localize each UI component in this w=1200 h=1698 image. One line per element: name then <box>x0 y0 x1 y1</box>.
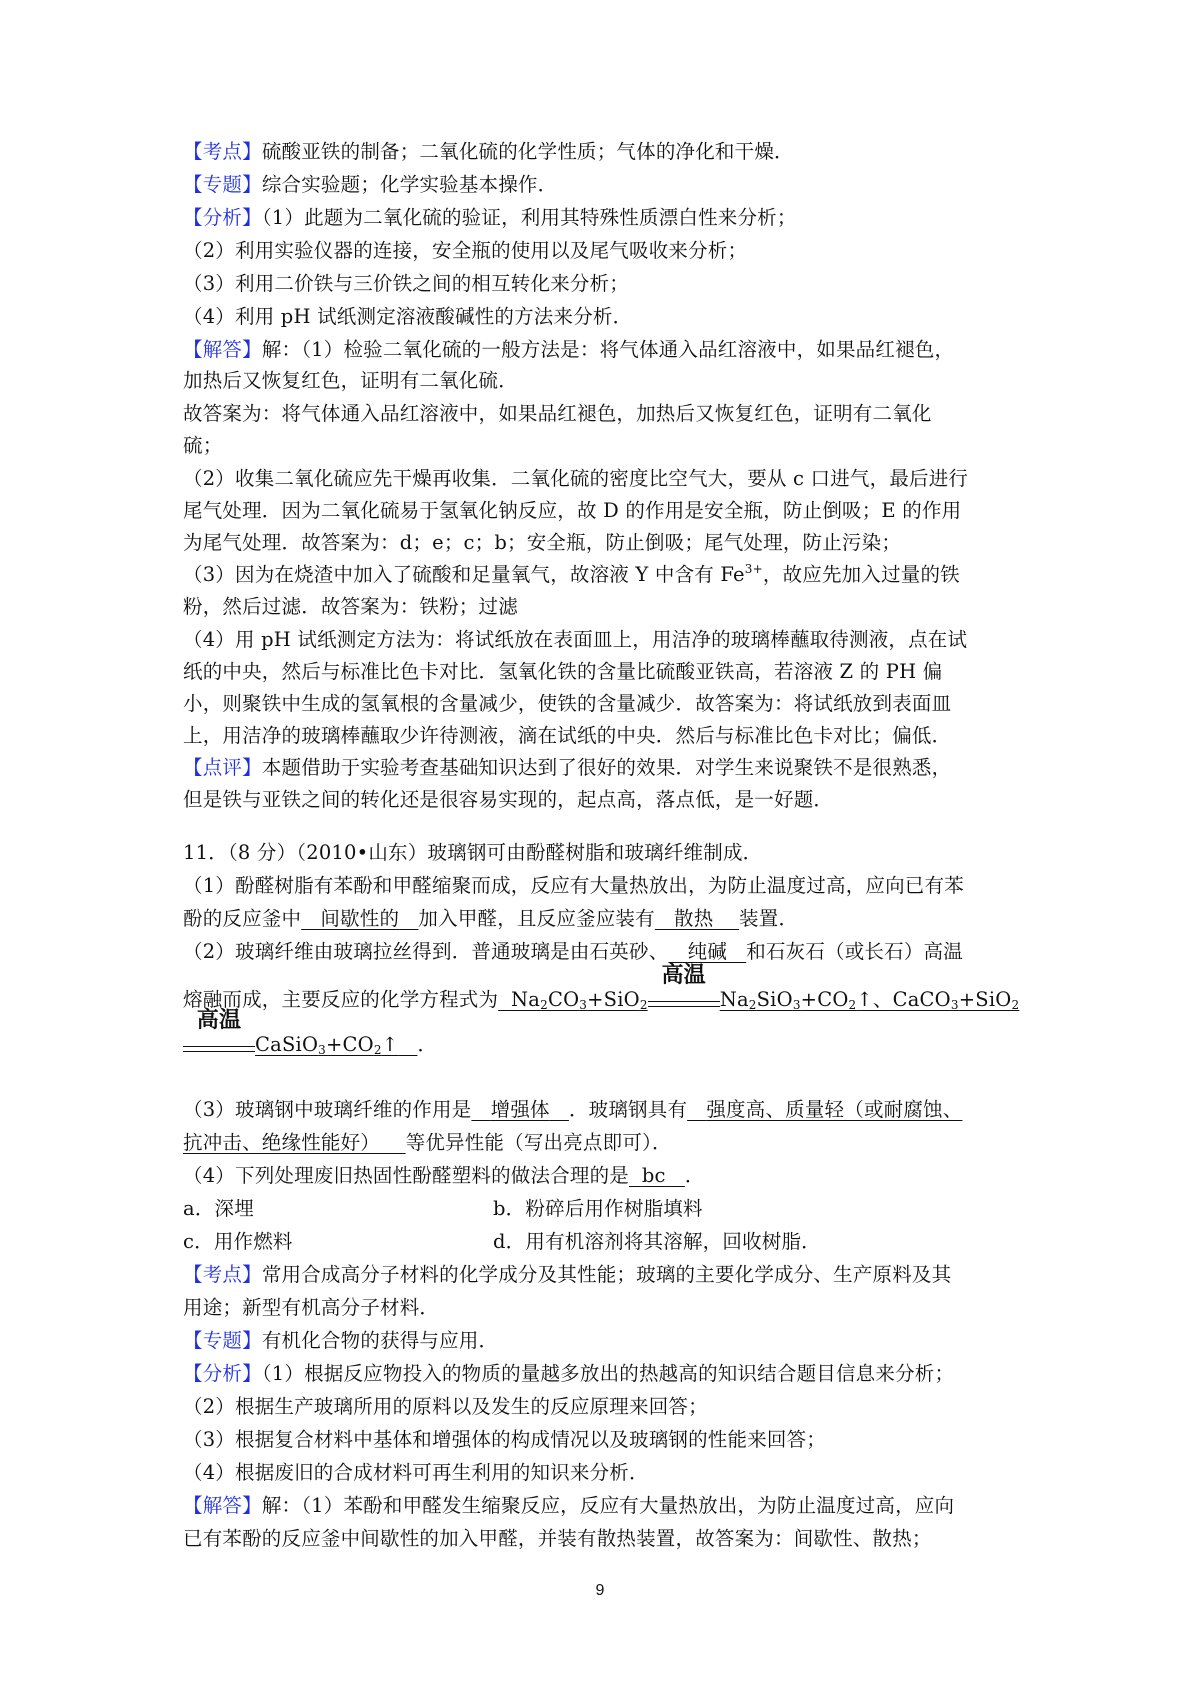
q11-options-row1: a．深埋b．粉碎后用作树脂填料 <box>183 1194 703 1224</box>
text: CO <box>548 988 579 1011</box>
q11-part1: （1）酚醛树脂有苯酚和甲醛缩聚而成，反应有大量热放出，为防止温度过高，应向已有苯 <box>183 871 964 901</box>
option-b: b．粉碎后用作树脂填料 <box>493 1197 703 1220</box>
answer-text: 纯碱 <box>688 940 727 963</box>
subscript: 3 <box>793 998 801 1012</box>
equation-1-right: Na2SiO3+CO2↑、CaCO3+SiO2 <box>720 988 1020 1011</box>
document-page: 【考点】硫酸亚铁的制备；二氧化硫的化学性质；气体的净化和干燥． 【专题】综合实验… <box>0 0 1200 1698</box>
q10-jieda: 【解答】解：（1）检验二氧化硫的一般方法是：将气体通入品红溶液中，如果品红褪色， <box>183 335 954 365</box>
q11-part2-line2: 熔融而成，主要反应的化学方程式为 Na2CO3+SiO2高温Na2SiO3+CO… <box>183 985 1019 1015</box>
q11-kaodian-line: 用途；新型有机高分子材料． <box>183 1293 439 1323</box>
answer-blank: bc <box>629 1164 685 1187</box>
q11-fenxi-line: （3）根据复合材料中基体和增强体的构成情况以及玻璃钢的性能来回答； <box>183 1425 826 1455</box>
jieda3-text-end: ，故应先加入过量的铁 <box>763 563 960 586</box>
q10-jieda-line: 上，用洁净的玻璃棒蘸取少许待测液，滴在试纸的中央．然后与标准比色卡对比；偏低． <box>183 721 951 751</box>
text: CaCO <box>893 988 951 1011</box>
option-c: c．用作燃料 <box>183 1227 493 1257</box>
fenxi-tag: 【分析】 <box>183 1362 262 1385</box>
q10-jieda-line: 尾气处理．因为二氧化硫易于氢氧化钠反应，故 D 的作用是安全瓶，防止倒吸；E 的… <box>183 496 961 526</box>
reaction-condition-arrow: 高温 <box>648 985 720 1015</box>
q10-kaodian: 【考点】硫酸亚铁的制备；二氧化硫的化学性质；气体的净化和干燥． <box>183 137 794 167</box>
text: ．玻璃钢具有 <box>569 1098 687 1121</box>
jieda-tag: 【解答】 <box>183 338 262 361</box>
zhuanti-tag: 【专题】 <box>183 1329 262 1352</box>
text: 等优异性能（写出亮点即可）． <box>406 1131 672 1154</box>
q11-part3-line2: 抗冲击、绝缘性能好） 等优异性能（写出亮点即可）． <box>183 1128 672 1158</box>
kaodian-text: 硫酸亚铁的制备；二氧化硫的化学性质；气体的净化和干燥． <box>262 140 794 163</box>
zhuanti-text: 综合实验题；化学实验基本操作． <box>262 173 558 196</box>
text: （2）玻璃纤维由玻璃拉丝得到．普通玻璃是由石英砂、 <box>183 940 668 963</box>
text: ． <box>417 1033 437 1056</box>
q11-jieda: 【解答】解：（1）苯酚和甲醛发生缩聚反应，反应有大量热放出，为防止温度过高，应向 <box>183 1491 954 1521</box>
answer-blank: 纯碱 <box>668 940 746 963</box>
kaodian-tag: 【考点】 <box>183 1263 262 1286</box>
subscript: 3 <box>318 1043 326 1057</box>
q10-jieda-line: 加热后又恢复红色，证明有二氧化硫． <box>183 366 518 396</box>
q11-options-row2: c．用作燃料d．用有机溶剂将其溶解，回收树脂． <box>183 1227 821 1257</box>
q10-jieda-line: （4）用 pH 试纸测定方法为：将试纸放在表面皿上，用洁净的玻璃棒蘸取待测液，点… <box>183 625 967 655</box>
equation-1-left: Na2CO3+SiO2 <box>498 988 647 1011</box>
q10-jieda-line: 硫； <box>183 431 222 461</box>
text: ↑、 <box>856 988 892 1011</box>
q10-jieda-line-3: （3）因为在烧渣中加入了硫酸和足量氧气，故溶液 Y 中含有 Fe3+，故应先加入… <box>183 560 960 590</box>
double-line-icon <box>648 1001 720 1007</box>
text: ． <box>685 1164 705 1187</box>
text: ↑ <box>382 1033 399 1056</box>
option-a: a．深埋 <box>183 1194 493 1224</box>
q11-kaodian: 【考点】常用合成高分子材料的化学成分及其性能；玻璃的主要化学成分、生产原料及其 <box>183 1260 951 1290</box>
q11-fenxi-line: （4）根据废旧的合成材料可再生利用的知识来分析． <box>183 1458 649 1488</box>
q10-zhuanti: 【专题】综合实验题；化学实验基本操作． <box>183 170 557 200</box>
q11-part4: （4）下列处理废旧热固性酚醛塑料的做法合理的是 bc ． <box>183 1161 705 1191</box>
reaction-condition-arrow: 高温 <box>183 1030 255 1060</box>
option-d: d．用有机溶剂将其溶解，回收树脂． <box>493 1230 821 1253</box>
text: +SiO <box>959 988 1012 1011</box>
q10-dianping: 【点评】本题借助于实验考查基础知识达到了很好的效果．对学生来说聚铁不是很熟悉， <box>183 753 951 783</box>
q11-part3-line1: （3）玻璃钢中玻璃纤维的作用是 增强体 ．玻璃钢具有 强度高、质量轻（或耐腐蚀、 <box>183 1095 962 1125</box>
q10-jieda-line: 为尾气处理．故答案为：d；e；c；b；安全瓶，防止倒吸；尾气处理，防止污染； <box>183 528 901 558</box>
q11-fenxi-line: （2）根据生产玻璃所用的原料以及发生的反应原理来回答； <box>183 1392 708 1422</box>
answer-text: 抗冲击、绝缘性能好） <box>183 1131 380 1154</box>
q11-part2-line1: （2）玻璃纤维由玻璃拉丝得到．普通玻璃是由石英砂、 纯碱 和石灰石（或长石）高温 <box>183 937 963 967</box>
q10-dianping-line: 但是铁与亚铁之间的转化还是很容易实现的，起点高，落点低，是一好题． <box>183 785 833 815</box>
subscript: 2 <box>749 998 757 1012</box>
q11-fenxi: 【分析】（1）根据反应物投入的物质的量越多放出的热越高的知识结合题目信息来分析； <box>183 1359 954 1389</box>
q10-jieda-line: 故答案为：将气体通入品红溶液中，如果品红褪色，加热后又恢复红色，证明有二氧化 <box>183 399 932 429</box>
answer-blank: 增强体 <box>471 1098 569 1121</box>
subscript: 2 <box>1011 998 1019 1012</box>
q10-fenxi: 【分析】（1）此题为二氧化硫的验证，利用其特殊性质漂白性来分析； <box>183 203 797 233</box>
kaodian-text: 常用合成高分子材料的化学成分及其性能；玻璃的主要化学成分、生产原料及其 <box>262 1263 952 1286</box>
zhuanti-tag: 【专题】 <box>183 173 262 196</box>
subscript: 3 <box>579 998 587 1012</box>
text: （4）下列处理废旧热固性酚醛塑料的做法合理的是 <box>183 1164 629 1187</box>
answer-text: 间歇性的 <box>320 907 399 930</box>
jieda-tag: 【解答】 <box>183 1494 262 1517</box>
answer-blank: 强度高、质量轻（或耐腐蚀、 <box>687 1098 962 1121</box>
q11-jieda-line: 已有苯酚的反应釜中间歇性的加入甲醛，并装有散热装置，故答案为：间歇性、散热； <box>183 1524 932 1554</box>
subscript: 2 <box>640 998 648 1012</box>
page-number: 9 <box>0 1582 1200 1600</box>
dianping-text: 本题借助于实验考查基础知识达到了很好的效果．对学生来说聚铁不是很熟悉， <box>262 756 952 779</box>
q10-jieda-line: 小，则聚铁中生成的氢氧根的含量减少，使铁的含量减少．故答案为：将试纸放到表面皿 <box>183 689 951 719</box>
dianping-tag: 【点评】 <box>183 756 262 779</box>
jieda-text: 解：（1）检验二氧化硫的一般方法是：将气体通入品红溶液中，如果品红褪色， <box>262 338 954 361</box>
text: SiO <box>757 988 793 1011</box>
text: 加入甲醛，且反应釜应装有 <box>418 907 654 930</box>
answer-blank: 散热 <box>655 907 739 930</box>
q10-jieda-line: （2）收集二氧化硫应先干燥再收集．二氧化硫的密度比空气大，要从 c 口进气，最后… <box>183 464 968 494</box>
text: （3）玻璃钢中玻璃纤维的作用是 <box>183 1098 471 1121</box>
fenxi-text: （1）此题为二氧化硫的验证，利用其特殊性质漂白性来分析； <box>262 206 797 229</box>
text: Na <box>511 988 540 1011</box>
double-line-icon <box>183 1046 255 1052</box>
text: +CO <box>326 1033 374 1056</box>
condition-text: 高温 <box>183 1006 255 1036</box>
condition-text: 高温 <box>648 961 720 991</box>
q10-jieda-line: 粉，然后过滤．故答案为：铁粉；过滤 <box>183 592 518 622</box>
answer-text: 强度高、质量轻（或耐腐蚀、 <box>706 1098 962 1121</box>
kaodian-tag: 【考点】 <box>183 140 262 163</box>
q11-zhuanti: 【专题】有机化合物的获得与应用． <box>183 1326 498 1356</box>
answer-blank: 抗冲击、绝缘性能好） <box>183 1131 406 1154</box>
q10-jieda-line: 纸的中央，然后与标准比色卡对比．氢氧化铁的含量比硫酸亚铁高，若溶液 Z 的 PH… <box>183 657 942 687</box>
jieda3-text: （3）因为在烧渣中加入了硫酸和足量氧气，故溶液 Y 中含有 Fe <box>183 563 745 586</box>
text: CaSiO <box>255 1033 318 1056</box>
q11-header: 11．（8 分）（2010•山东）玻璃钢可由酚醛树脂和玻璃纤维制成． <box>183 838 762 868</box>
text: +CO <box>801 988 849 1011</box>
subscript: 3 <box>951 998 959 1012</box>
q11-part1-line2: 酚的反应釜中 间歇性的 加入甲醛，且反应釜应装有 散热 装置． <box>183 904 798 934</box>
equation-2-right: CaSiO3+CO2↑ <box>255 1033 417 1056</box>
q10-fenxi-line: （2）利用实验仪器的连接，安全瓶的使用以及尾气吸收来分析； <box>183 236 747 266</box>
text: +SiO <box>587 988 640 1011</box>
subscript: 2 <box>374 1043 382 1057</box>
text: 和石灰石（或长石）高温 <box>746 940 963 963</box>
text: 装置． <box>739 907 798 930</box>
fe-charge: 3+ <box>745 562 763 576</box>
zhuanti-text: 有机化合物的获得与应用． <box>262 1329 498 1352</box>
text: Na <box>720 988 749 1011</box>
answer-text: 增强体 <box>491 1098 550 1121</box>
answer-text: 散热 <box>674 907 713 930</box>
fenxi-tag: 【分析】 <box>183 206 262 229</box>
q10-fenxi-line: （4）利用 pH 试纸测定溶液酸碱性的方法来分析． <box>183 302 632 332</box>
fenxi-text: （1）根据反应物投入的物质的量越多放出的热越高的知识结合题目信息来分析； <box>262 1362 954 1385</box>
jieda-text: 解：（1）苯酚和甲醛发生缩聚反应，反应有大量热放出，为防止温度过高，应向 <box>262 1494 954 1517</box>
q10-fenxi-line: （3）利用二价铁与三价铁之间的相互转化来分析； <box>183 269 629 299</box>
text: 酚的反应釜中 <box>183 907 301 930</box>
answer-blank: 间歇性的 <box>301 907 418 930</box>
q11-part2-line3: 高温CaSiO3+CO2↑ ． <box>183 1030 437 1060</box>
answer-text: bc <box>642 1164 666 1187</box>
subscript: 2 <box>540 998 548 1012</box>
